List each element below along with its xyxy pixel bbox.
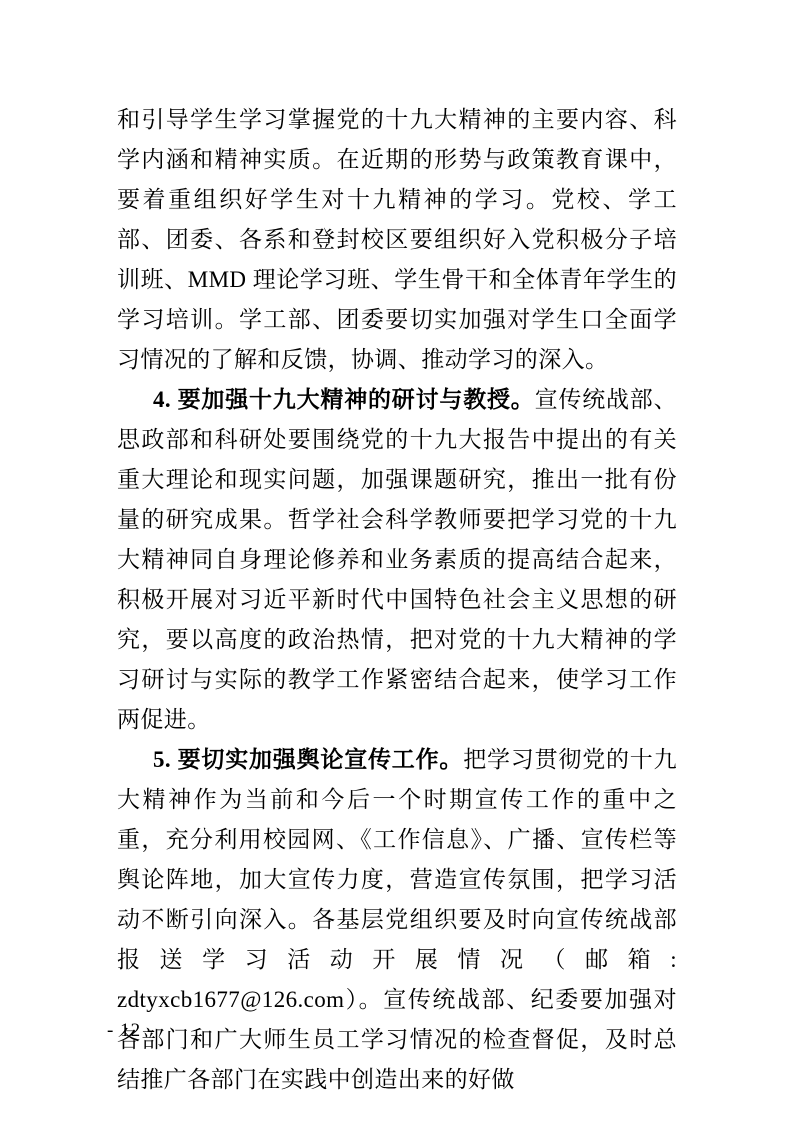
paragraph-heading: 5. 要切实加强舆论宣传工作。	[153, 747, 463, 772]
document-page: 和引导学生学习掌握党的十九大精神的主要内容、科学内涵和精神实质。在近期的形势与政…	[0, 0, 793, 1122]
paragraph-continuation: 和引导学生学习掌握党的十九大精神的主要内容、科学内涵和精神实质。在近期的形势与政…	[117, 100, 677, 380]
page-number: - 12 -	[107, 1018, 154, 1044]
document-body: 和引导学生学习掌握党的十九大精神的主要内容、科学内涵和精神实质。在近期的形势与政…	[117, 100, 677, 1100]
paragraph-text: 宣传统战部、思政部和科研处要围绕党的十九大报告中提出的有关重大理论和现实问题，加…	[117, 387, 677, 732]
paragraph-item-5: 5. 要切实加强舆论宣传工作。把学习贯彻党的十九大精神作为当前和今后一个时期宣传…	[117, 740, 677, 1100]
paragraph-heading: 4. 要加强十九大精神的研讨与教授。	[153, 387, 535, 412]
paragraph-item-4: 4. 要加强十九大精神的研讨与教授。宣传统战部、思政部和科研处要围绕党的十九大报…	[117, 380, 677, 740]
paragraph-text: 把学习贯彻党的十九大精神作为当前和今后一个时期宣传工作的重中之重，充分利用校园网…	[117, 747, 677, 1092]
paragraph-text: 和引导学生学习掌握党的十九大精神的主要内容、科学内涵和精神实质。在近期的形势与政…	[117, 107, 677, 372]
